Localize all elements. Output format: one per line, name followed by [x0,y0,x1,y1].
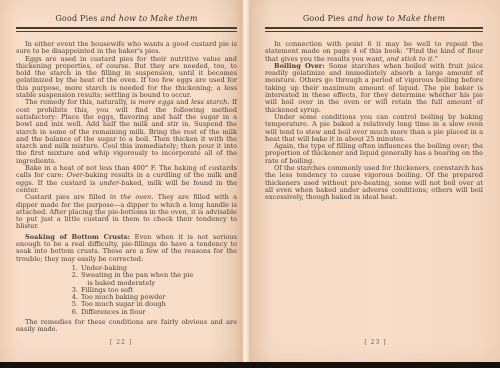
book-fold [242,0,251,362]
left-page: Good Pies and how to Make them In either… [0,0,242,362]
reasons-list: 1.Under-baking 2.Sweating in the pan whe… [68,265,237,316]
paragraph-boiling-over: Boiling Over: Some starches when boiled … [265,63,483,114]
running-head-subtitle: and how to Make them [100,14,197,23]
paragraph-remedies: The remedies for these conditions are fa… [16,319,237,334]
book-scan: Good Pies and how to Make them In either… [0,0,500,362]
right-page: Good Pies and how to Make them In connec… [251,0,500,362]
list-item: 2.Sweating in the pan when the pie is ba… [68,272,237,287]
paragraph-point6: In connection with point 6 it may be wel… [265,41,483,63]
running-head-subtitle: and how to Make them [348,14,445,23]
paragraph-filled-in-oven: Custard pies are filled in the oven. The… [16,194,237,230]
paragraph-bake-heat: Bake in a heat of not less than 400° F. … [16,165,237,194]
header-rule [16,27,237,32]
running-head-title: Good Pies [55,14,100,23]
list-item-text: Differences in flour [81,309,146,316]
right-page-text: In connection with point 6 it may be wel… [265,41,483,202]
running-head: Good Pies and how to Make them [265,14,483,24]
paragraph-soaking-crusts: Soaking of Bottom Crusts: Even when it i… [16,234,237,263]
running-head: Good Pies and how to Make them [16,14,237,24]
running-head-title: Good Pies [303,14,348,23]
header-rule [265,27,483,32]
paragraph-remedy: The remedy for this, naturally, is more … [16,99,237,165]
paragraph-type-of-filling: Again, the type of filling often influen… [265,143,483,165]
list-item: 6.Differences in flour [68,309,237,316]
paragraph-cornstarch: Of the starches commonly used for thicke… [265,165,483,201]
page-number: [ 23 ] [251,339,500,346]
list-item-text: Sweating in the pan when the pie is bake… [81,272,193,287]
list-item-number: 2. [68,272,81,287]
paragraph-custard-intro: In either event the housewife who wants … [16,41,237,56]
page-number: [ 22 ] [0,339,242,346]
paragraph-baking-temperature: Under some conditions you can control bo… [265,114,483,143]
list-item-number: 6. [68,309,81,316]
left-page-text: In either event the housewife who wants … [16,41,237,334]
paragraph-eggs: Eggs are used in custard pies for their … [16,56,237,100]
